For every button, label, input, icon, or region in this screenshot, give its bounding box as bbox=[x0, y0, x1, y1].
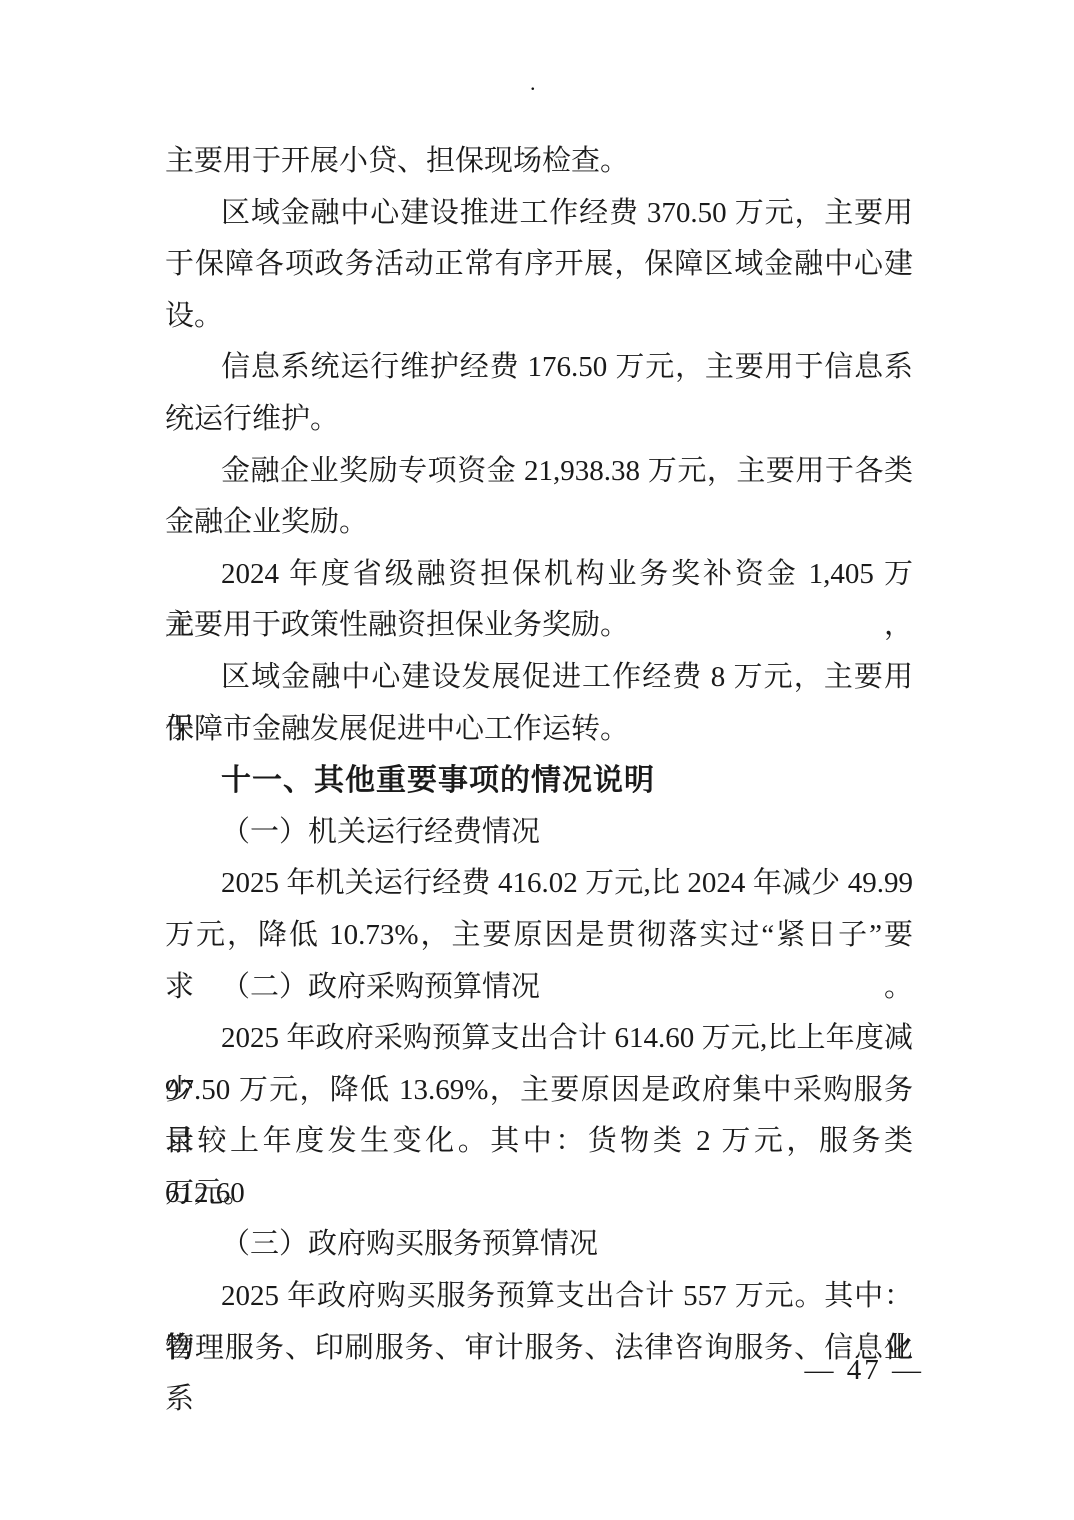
body-text-line: 信息系统运行维护经费 176.50 万元，主要用于信息系 bbox=[165, 342, 913, 394]
body-text-line: 金融企业奖励专项资金 21,938.38 万元，主要用于各类 bbox=[165, 446, 913, 498]
body-text-line: 于保障各项政务活动正常有序开展，保障区域金融中心建 bbox=[165, 239, 913, 291]
body-text-line: 2025 年政府采购预算支出合计 614.60 万元,比上年度减少 bbox=[165, 1013, 913, 1065]
body-text-line: 万元。 bbox=[165, 1168, 913, 1220]
body-text-line: 主要用于开展小贷、担保现场检查。 bbox=[165, 136, 913, 188]
document-page: . 主要用于开展小贷、担保现场检查。区域金融中心建设推进工作经费 370.50 … bbox=[0, 0, 1074, 1520]
body-text-line: 2025 年机关运行经费 416.02 万元,比 2024 年减少 49.99 bbox=[165, 858, 913, 910]
body-text-line: 万元，降低 10.73%，主要原因是贯彻落实过“紧日子”要求。 bbox=[165, 910, 913, 962]
body-text-line: 统运行维护。 bbox=[165, 394, 913, 446]
subsection-heading: （一）机关运行经费情况 bbox=[165, 807, 913, 859]
body-text-line: 设。 bbox=[165, 291, 913, 343]
body-text-line: 2024 年度省级融资担保机构业务奖补资金 1,405 万元， bbox=[165, 549, 913, 601]
body-text-line: 2025 年政府购买服务预算支出合计 557 万元。其中：物业 bbox=[165, 1271, 913, 1323]
body-text-line: 区域金融中心建设发展促进工作经费 8 万元，主要用于 bbox=[165, 652, 913, 704]
body-text-line: 管理服务、印刷服务、审计服务、法律咨询服务、信息化系 bbox=[165, 1323, 913, 1375]
document-body: 主要用于开展小贷、担保现场检查。区域金融中心建设推进工作经费 370.50 万元… bbox=[165, 136, 913, 1374]
body-text-line: 保障市金融发展促进中心工作运转。 bbox=[165, 704, 913, 756]
scan-artifact-dot: . bbox=[530, 72, 536, 94]
section-heading: 十一、其他重要事项的情况说明 bbox=[165, 755, 913, 807]
body-text-line: 区域金融中心建设推进工作经费 370.50 万元，主要用 bbox=[165, 188, 913, 240]
page-number: — 47 — bbox=[805, 1350, 925, 1390]
body-text-line: 97.50 万元，降低 13.69%，主要原因是政府集中采购服务目 bbox=[165, 1065, 913, 1117]
body-text-line: 录较上年度发生变化。其中：货物类 2 万元，服务类 612.60 bbox=[165, 1116, 913, 1168]
subsection-heading: （三）政府购买服务预算情况 bbox=[165, 1219, 913, 1271]
body-text-line: 金融企业奖励。 bbox=[165, 497, 913, 549]
